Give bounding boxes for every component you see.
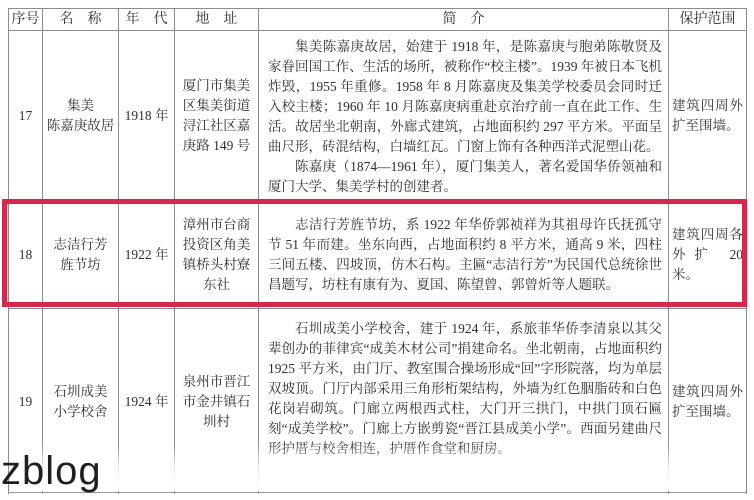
monuments-table: 序号 名 称 年 代 地 址 简 介 保护范围 17 集美 陈嘉庚故居 1918… — [8, 8, 747, 494]
row-protection: 建筑四周外扩至围墙。 — [669, 309, 747, 494]
intro-paragraph: 陈嘉庚（1874—1961 年），厦门集美人，著名爱国华侨领袖和厦门大学、集美学… — [268, 157, 662, 197]
header-protection: 保护范围 — [669, 9, 747, 31]
header-address: 地 址 — [175, 9, 259, 31]
row-intro: 石圳成美小学校舍，建于 1924 年，系旅菲华侨李清泉以其父辈创办的菲律宾“成美… — [259, 309, 669, 494]
table-row: 17 集美 陈嘉庚故居 1918 年 厦门市集美区集美街道浔江社区嘉庚路 149… — [9, 31, 747, 201]
row-year: 1918 年 — [119, 31, 175, 201]
intro-paragraph: 集美陈嘉庚故居，始建于 1918 年，是陈嘉庚与胞弟陈敬贤及家眷回国工作、生活的… — [268, 37, 662, 157]
row-intro: 集美陈嘉庚故居，始建于 1918 年，是陈嘉庚与胞弟陈敬贤及家眷回国工作、生活的… — [259, 31, 669, 201]
header-intro: 简 介 — [259, 9, 669, 31]
header-year: 年 代 — [119, 9, 175, 31]
row-name: 集美 陈嘉庚故居 — [43, 31, 119, 201]
row-no: 18 — [9, 201, 43, 309]
table-bottom-border — [8, 492, 747, 493]
row-intro: 志洁行芳旌节坊，系 1922 年华侨郭祯祥为其祖母许氏抚孤守节 51 年而建。坐… — [259, 201, 669, 309]
table-row-highlighted: 18 志洁行芳 旌节坊 1922 年 漳州市台商投资区角美镇桥头村寮东社 志洁行… — [9, 201, 747, 309]
header-name: 名 称 — [43, 9, 119, 31]
table-header-row: 序号 名 称 年 代 地 址 简 介 保护范围 — [9, 9, 747, 31]
row-protection: 建筑四周各外扩 20 米。 — [669, 201, 747, 309]
protection-text: 建筑四周外扩至围墙。 — [669, 382, 746, 422]
header-no: 序号 — [9, 9, 43, 31]
intro-paragraph: 志洁行芳旌节坊，系 1922 年华侨郭祯祥为其祖母许氏抚孤守节 51 年而建。坐… — [268, 215, 662, 295]
row-no: 17 — [9, 31, 43, 201]
intro-paragraph: 石圳成美小学校舍，建于 1924 年，系旅菲华侨李清泉以其父辈创办的菲律宾“成美… — [268, 319, 662, 459]
watermark-text: zblog — [1, 449, 102, 494]
row-address: 漳州市台商投资区角美镇桥头村寮东社 — [175, 201, 259, 309]
protection-text: 建筑四周各外扩 20 米。 — [669, 225, 746, 285]
row-address: 厦门市集美区集美街道浔江社区嘉庚路 149 号 — [175, 31, 259, 201]
row-year: 1922 年 — [119, 201, 175, 309]
row-name: 志洁行芳 旌节坊 — [43, 201, 119, 309]
protection-text: 建筑四周外扩至围墙。 — [669, 96, 746, 136]
row-address: 泉州市晋江市金井镇石圳村 — [175, 309, 259, 494]
row-protection: 建筑四周外扩至围墙。 — [669, 31, 747, 201]
row-year: 1924 年 — [119, 309, 175, 494]
document-page: 序号 名 称 年 代 地 址 简 介 保护范围 17 集美 陈嘉庚故居 1918… — [0, 0, 754, 500]
table-row: 19 石圳成美 小学校舍 1924 年 泉州市晋江市金井镇石圳村 石圳成美小学校… — [9, 309, 747, 494]
